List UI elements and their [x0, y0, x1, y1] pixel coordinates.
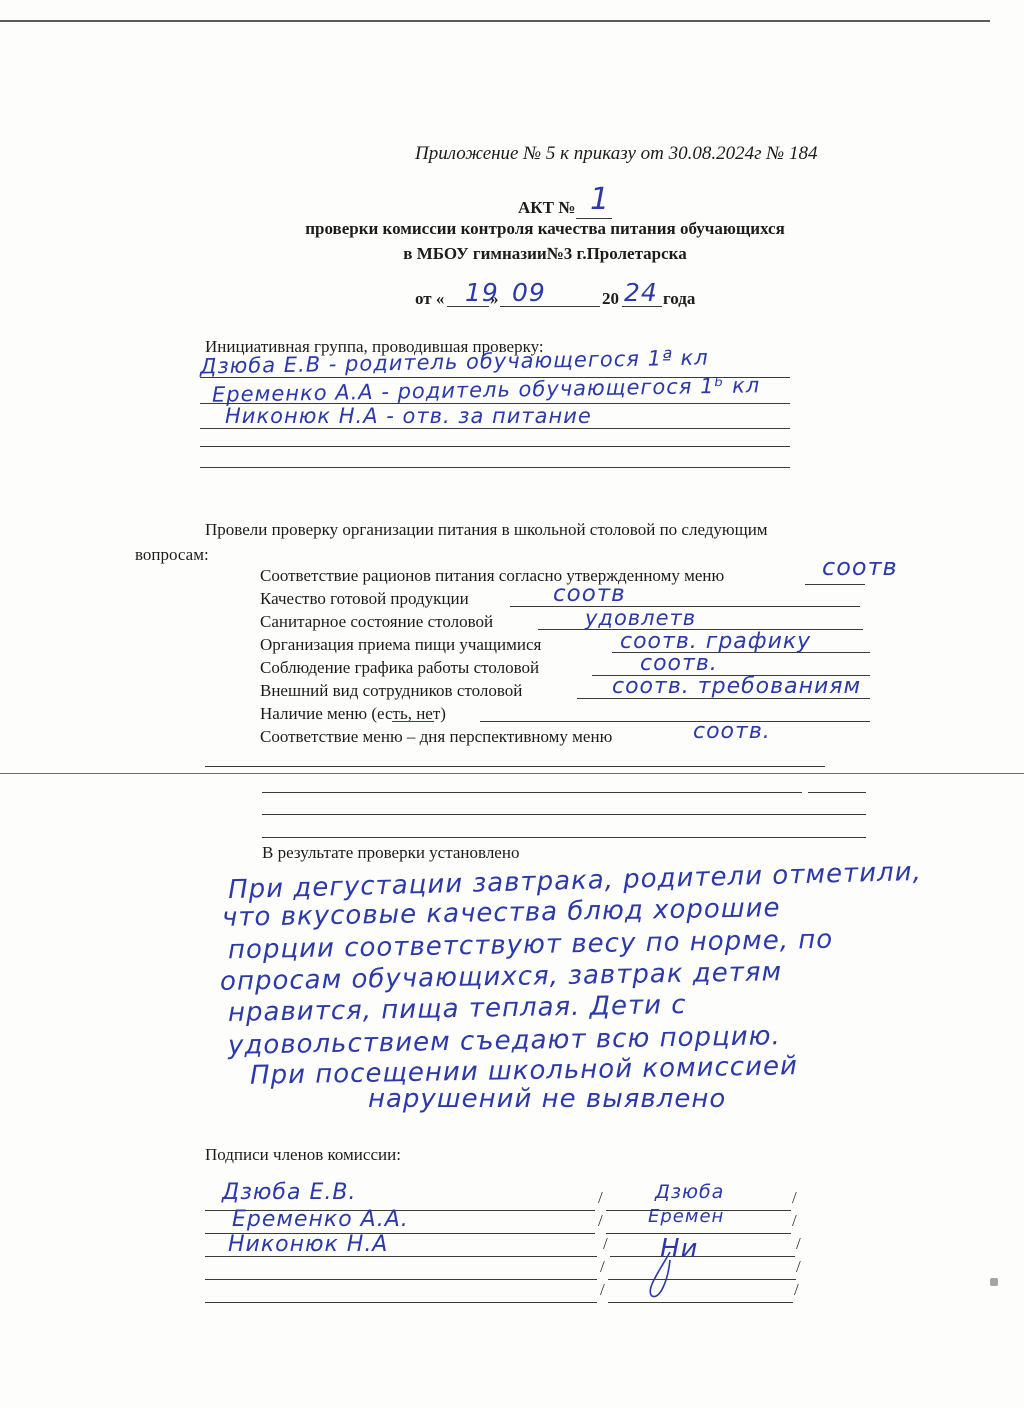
date-year-line — [622, 306, 662, 307]
act-title-line2: в МБОУ гимназии№3 г.Пролетарска — [240, 244, 850, 264]
inspection-item-answer: соотв. — [693, 719, 771, 744]
signature-separator: / — [792, 1211, 797, 1231]
date-suffix: года — [663, 289, 695, 309]
signature-name-line — [205, 1302, 597, 1303]
act-number: 1 — [590, 182, 610, 217]
inspection-item-answer: удовлетв — [585, 606, 696, 630]
initiative-line-5 — [200, 467, 790, 468]
initiative-member-3: Никонюк Н.А - отв. за питание — [225, 404, 592, 428]
signature-name: Никонюк Н.А — [228, 1232, 388, 1257]
menu-presence-underline — [392, 721, 434, 722]
act-label: АКТ № — [518, 198, 575, 218]
signature-separator: / — [796, 1257, 801, 1277]
result-line: нравится, пища теплая. Дети с — [228, 990, 687, 1028]
signature-line — [608, 1302, 793, 1303]
signature-separator: / — [600, 1280, 605, 1300]
inspection-item-label: Соответствие меню – дня перспективному м… — [260, 727, 612, 747]
inspection-item-line — [805, 584, 865, 585]
signature-mark: Еремен — [648, 1206, 724, 1227]
initiative-line-3 — [200, 428, 790, 429]
blank-line — [808, 792, 866, 793]
blank-line — [262, 837, 866, 838]
inspection-item-answer: соотв. — [640, 651, 718, 676]
date-month: 09 — [512, 278, 546, 307]
signature-name: Еременко А.А. — [232, 1207, 409, 1232]
result-label: В результате проверки установлено — [262, 843, 519, 863]
date-century: 20 — [602, 289, 619, 309]
date-year-suffix: 24 — [624, 278, 658, 307]
signature-name-line — [205, 1256, 597, 1257]
signature-line — [608, 1279, 796, 1280]
initiative-member-2: Еременко А.А - родитель обучающегося 1ᵇ … — [212, 373, 761, 407]
signature-separator: / — [794, 1280, 799, 1300]
signatures-label: Подписи членов комиссии: — [205, 1145, 401, 1165]
inspection-item-answer: соотв — [822, 553, 898, 581]
signature-name-line — [205, 1279, 597, 1280]
result-line: нарушений не выявлено — [368, 1084, 726, 1114]
initiative-line-4 — [200, 446, 790, 447]
inspection-item-label: Соблюдение графика работы столовой — [260, 658, 539, 678]
inspection-item-answer: соотв — [553, 581, 626, 607]
signature-line — [610, 1256, 795, 1257]
inspection-item-answer: соотв. требованиям — [612, 674, 861, 699]
signature-separator: / — [598, 1211, 603, 1231]
appendix-reference: Приложение № 5 к приказу от 30.08.2024г … — [415, 143, 817, 165]
inspection-item-label: Организация приема пищи учащимися — [260, 635, 541, 655]
inspection-intro-line2: вопросам: — [135, 545, 209, 565]
top-border-line — [0, 20, 990, 22]
inspection-item-label: Соответствие рационов питания согласно у… — [260, 566, 724, 586]
inspection-item-line — [480, 721, 870, 722]
signature-separator: / — [796, 1234, 801, 1254]
signature-flourish — [640, 1250, 700, 1300]
date-month-line — [500, 306, 600, 307]
inspection-intro-line1: Провели проверку организации питания в ш… — [205, 520, 768, 540]
inspection-item-label: Внешний вид сотрудников столовой — [260, 681, 522, 701]
blank-line — [262, 814, 866, 815]
date-day-line — [447, 306, 489, 307]
inspection-item-label: Качество готовой продукции — [260, 589, 469, 609]
signature-separator: / — [792, 1188, 797, 1208]
signature-line — [606, 1233, 791, 1234]
fold-line — [0, 773, 1024, 774]
signature-separator: / — [600, 1257, 605, 1277]
blank-line — [262, 792, 802, 793]
date-prefix: от « — [415, 289, 444, 309]
inspection-item-label: Санитарное состояние столовой — [260, 612, 493, 632]
signature-mark: Дзюба — [655, 1181, 724, 1203]
signature-separator: / — [603, 1234, 608, 1254]
signature-separator: / — [598, 1188, 603, 1208]
blank-line — [205, 766, 825, 767]
act-label-text: АКТ № — [518, 198, 575, 217]
signature-name: Дзюба Е.В. — [222, 1180, 356, 1205]
act-title-line1: проверки комиссии контроля качества пита… — [240, 219, 850, 239]
scan-artifact — [990, 1278, 998, 1286]
date-mid: » — [490, 289, 499, 309]
